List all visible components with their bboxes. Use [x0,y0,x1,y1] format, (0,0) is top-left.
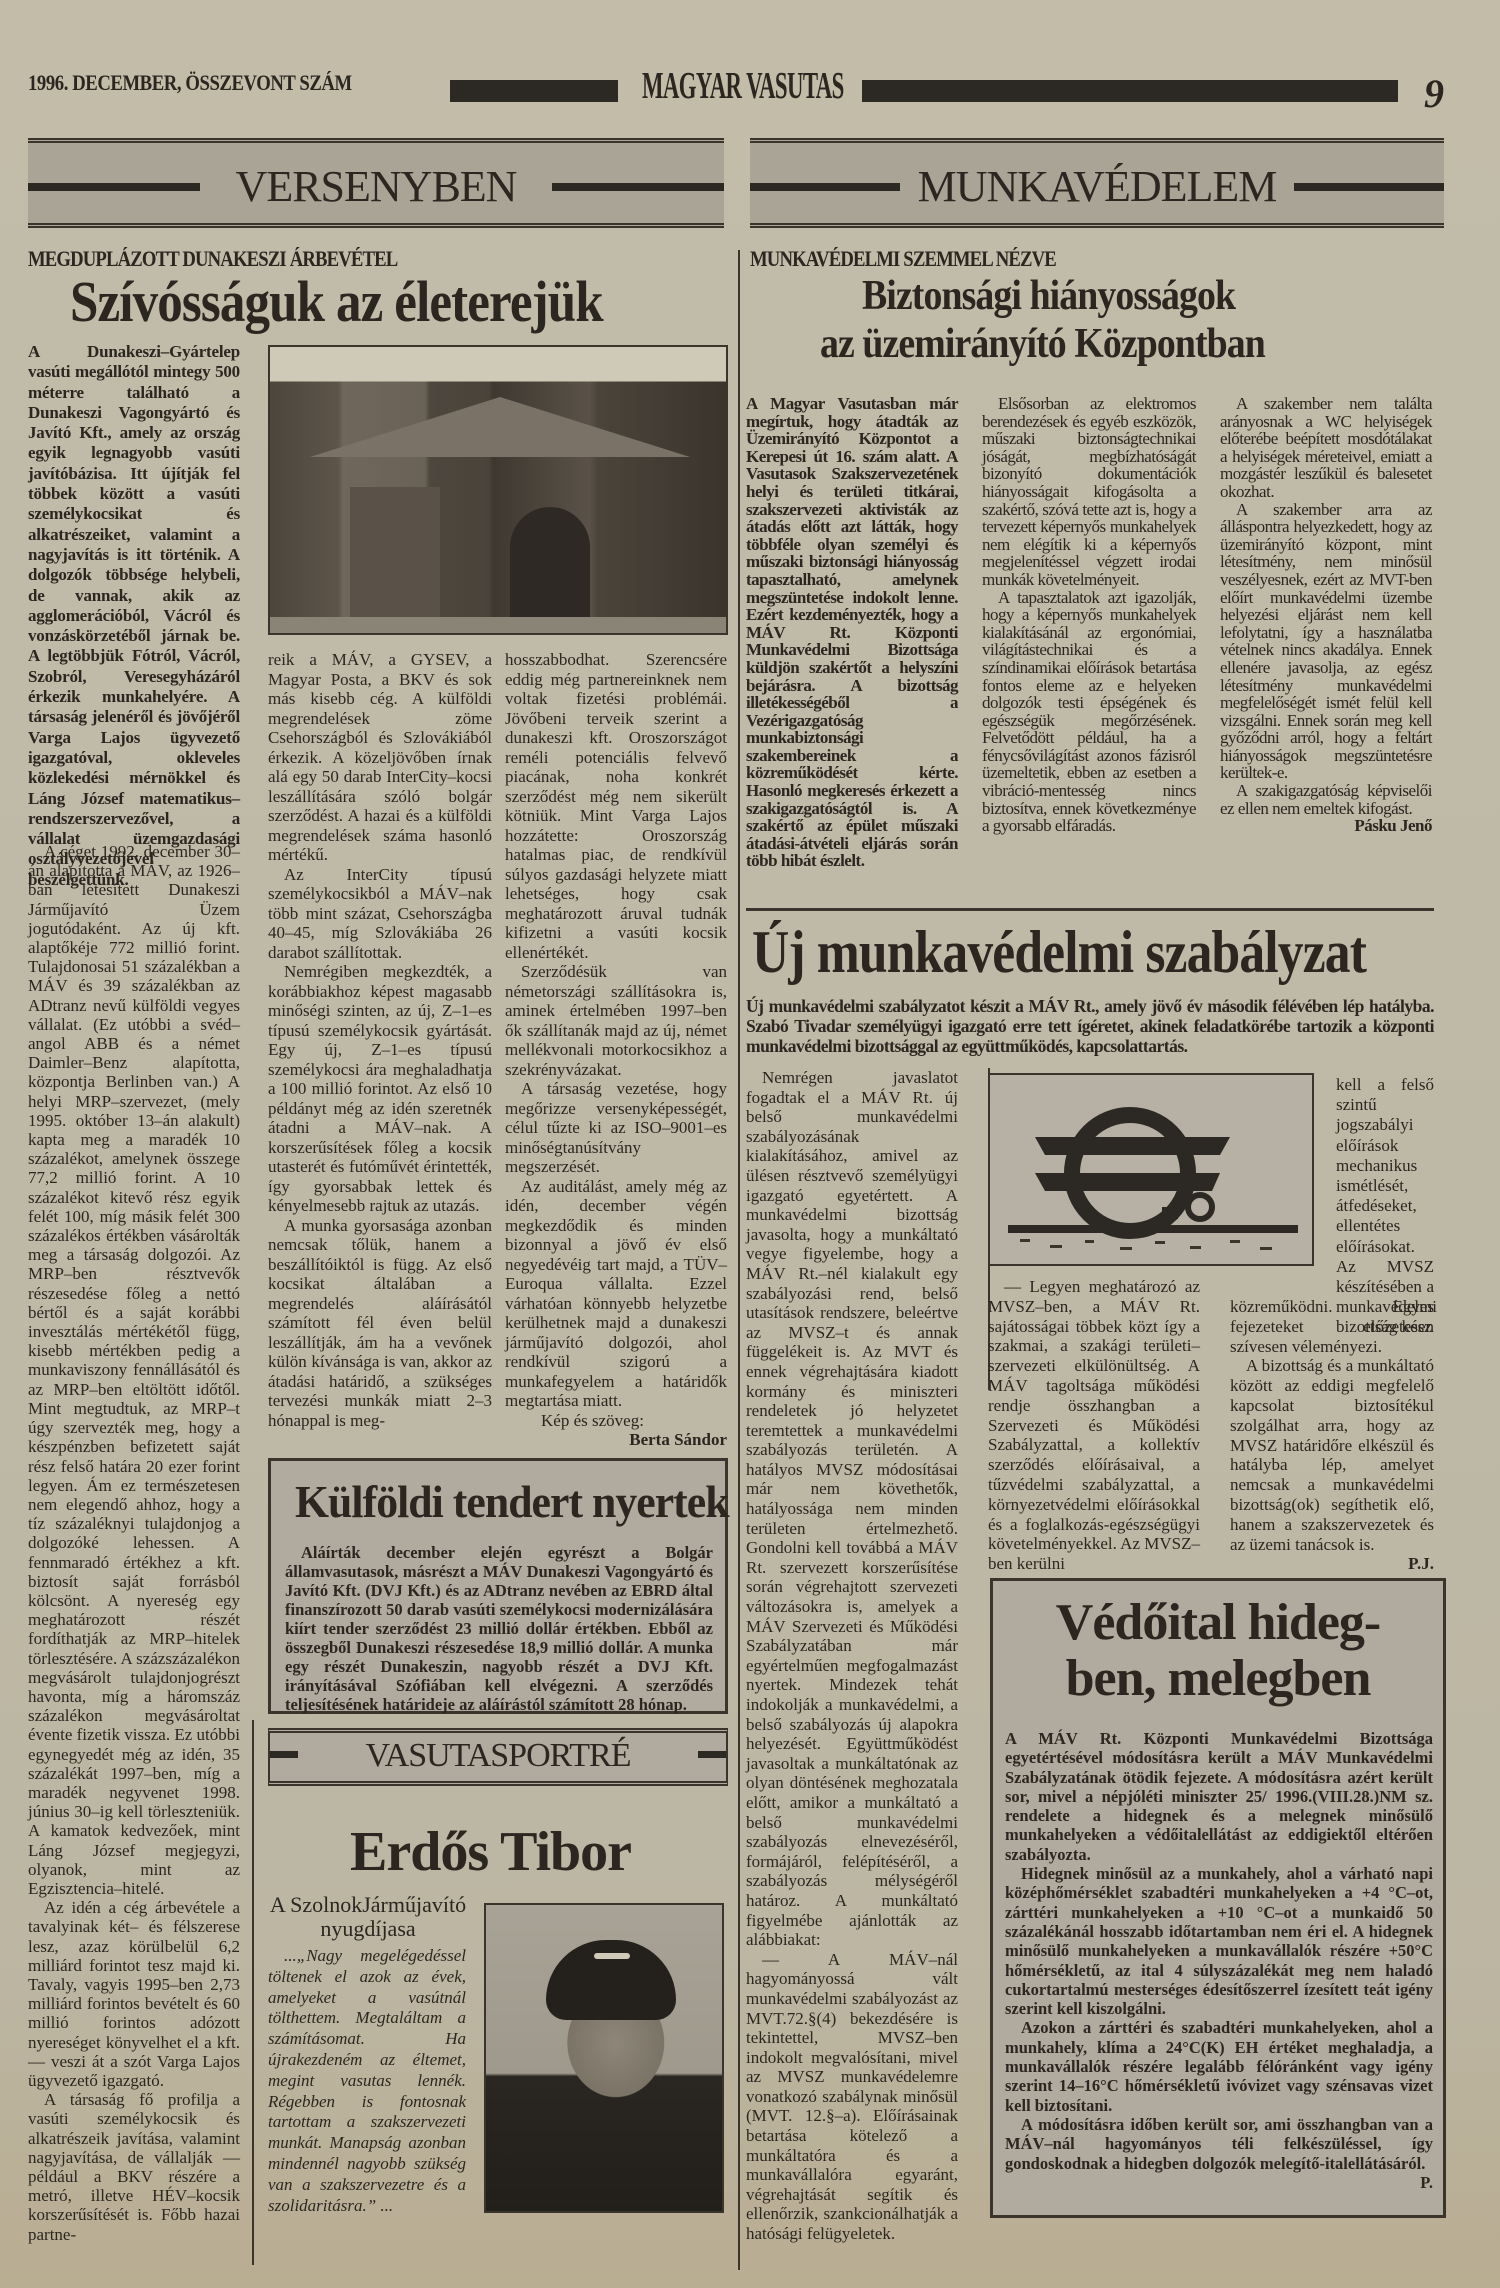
article-lead: A Dunakeszi–Gyártelep vasúti megállótól … [28,342,240,890]
author-byline: Pásku Jenő [1220,817,1432,835]
article-headline-line1: Biztonsági hiányosságok [862,272,1235,320]
article-column-3: közreműködni. Egyes fejezeteket előzetes… [1230,1297,1434,1574]
article-column-1: A Magyar Vasutasban már megírtuk, hogy á… [746,395,958,870]
banner-rule [698,1751,726,1758]
author-byline: P. [1005,2173,1433,2192]
article-column-2: Elsősorban az elektromos berendezések és… [982,395,1196,835]
masthead-title: MAGYAR VASUTAS [642,64,844,108]
portrait-subtitle: A SzolnokJárműjavító nyugdíjasa [268,1893,468,1941]
banner-rule [552,183,724,191]
article-column-3: hosszabbodhat. Szerencsére eddig még par… [505,650,727,1450]
article-headline: Új munkavédelmi szabályzat [752,918,1366,987]
masthead-bar-right [862,80,1398,102]
box-headline: Külföldi tendert nyertek [295,1475,729,1528]
article-headline: Szívósságuk az életerejük [70,268,603,335]
article-lead: Új munkavédelmi szabályzatot készit a MÁ… [746,996,1434,1056]
tracks [270,617,728,635]
cap-badge [594,1953,630,1959]
article-column-1: A céget 1992. december 30–án alapította … [28,842,240,2244]
mav-logo-illustration [988,1073,1314,1266]
roof-gable [310,397,690,457]
box-body: Aláírták december elején egyrészt a Bolg… [285,1543,713,1714]
tender-news-box: Külföldi tendert nyertek Aláírták decemb… [268,1458,728,1714]
section-banner-munkavedelem: MUNKAVÉDELEM [750,138,1444,228]
box-body: A MÁV Rt. Központi Munkavédelmi Bizottsá… [1005,1729,1433,2192]
section-title: VASUTASPORTRÉ [270,1737,726,1775]
section-banner-versenyben: VERSENYBEN [28,138,724,228]
railway-cap [546,1940,676,2020]
section-banner-vasutasportre: VASUTASPORTRÉ [268,1728,728,1786]
author-byline: Berta Sándor [505,1430,727,1450]
box-headline: Védőital hideg- ben, melegben [993,1595,1443,1707]
newspaper-page: 1996. DECEMBER, ÖSSZEVONT SZÁM MAGYAR VA… [0,0,1500,2288]
portrait-name: Erdős Tibor [350,1820,631,1884]
portrait-quote: ...„Nagy megelégedéssel töltenek el azok… [268,1946,466,2216]
article-separator [746,908,1434,911]
page-number: 9 [1424,70,1444,117]
arch-with-railcar [510,507,590,617]
article-headline-line2: az üzemirányító Központban [820,320,1265,368]
garage-door [350,487,440,617]
masthead-bar-left [450,80,618,102]
portrait-photo [484,1903,724,2213]
article-column-2: reik a MÁV, a GYSEV, a Magyar Posta, a B… [268,650,492,1430]
author-byline: P.J. [1230,1554,1434,1574]
issue-date: 1996. DECEMBER, ÖSSZEVONT SZÁM [28,70,352,96]
banner-rule [1294,183,1444,191]
protective-drink-box: Védőital hideg- ben, melegben A MÁV Rt. … [990,1578,1446,2218]
article-column-2: — Legyen meghatározó az MVSZ–ben, a MÁV … [988,1277,1200,1574]
workshop-building-photo [268,345,728,635]
article-kicker: MUNKAVÉDELMI SZEMMEL NÉZVE [750,246,1056,272]
mav-winged-wheel-icon [990,1075,1314,1266]
page-center-rule [738,250,740,2270]
credit-label: Kép és szöveg: [505,1411,727,1431]
article-column-3: A szakember nem találta arányosnak a WC … [1220,395,1432,835]
column-rule [252,1720,254,2265]
article-column-1: Nemrégen javaslatot fogadtak el a MÁV Rt… [746,1068,958,2244]
